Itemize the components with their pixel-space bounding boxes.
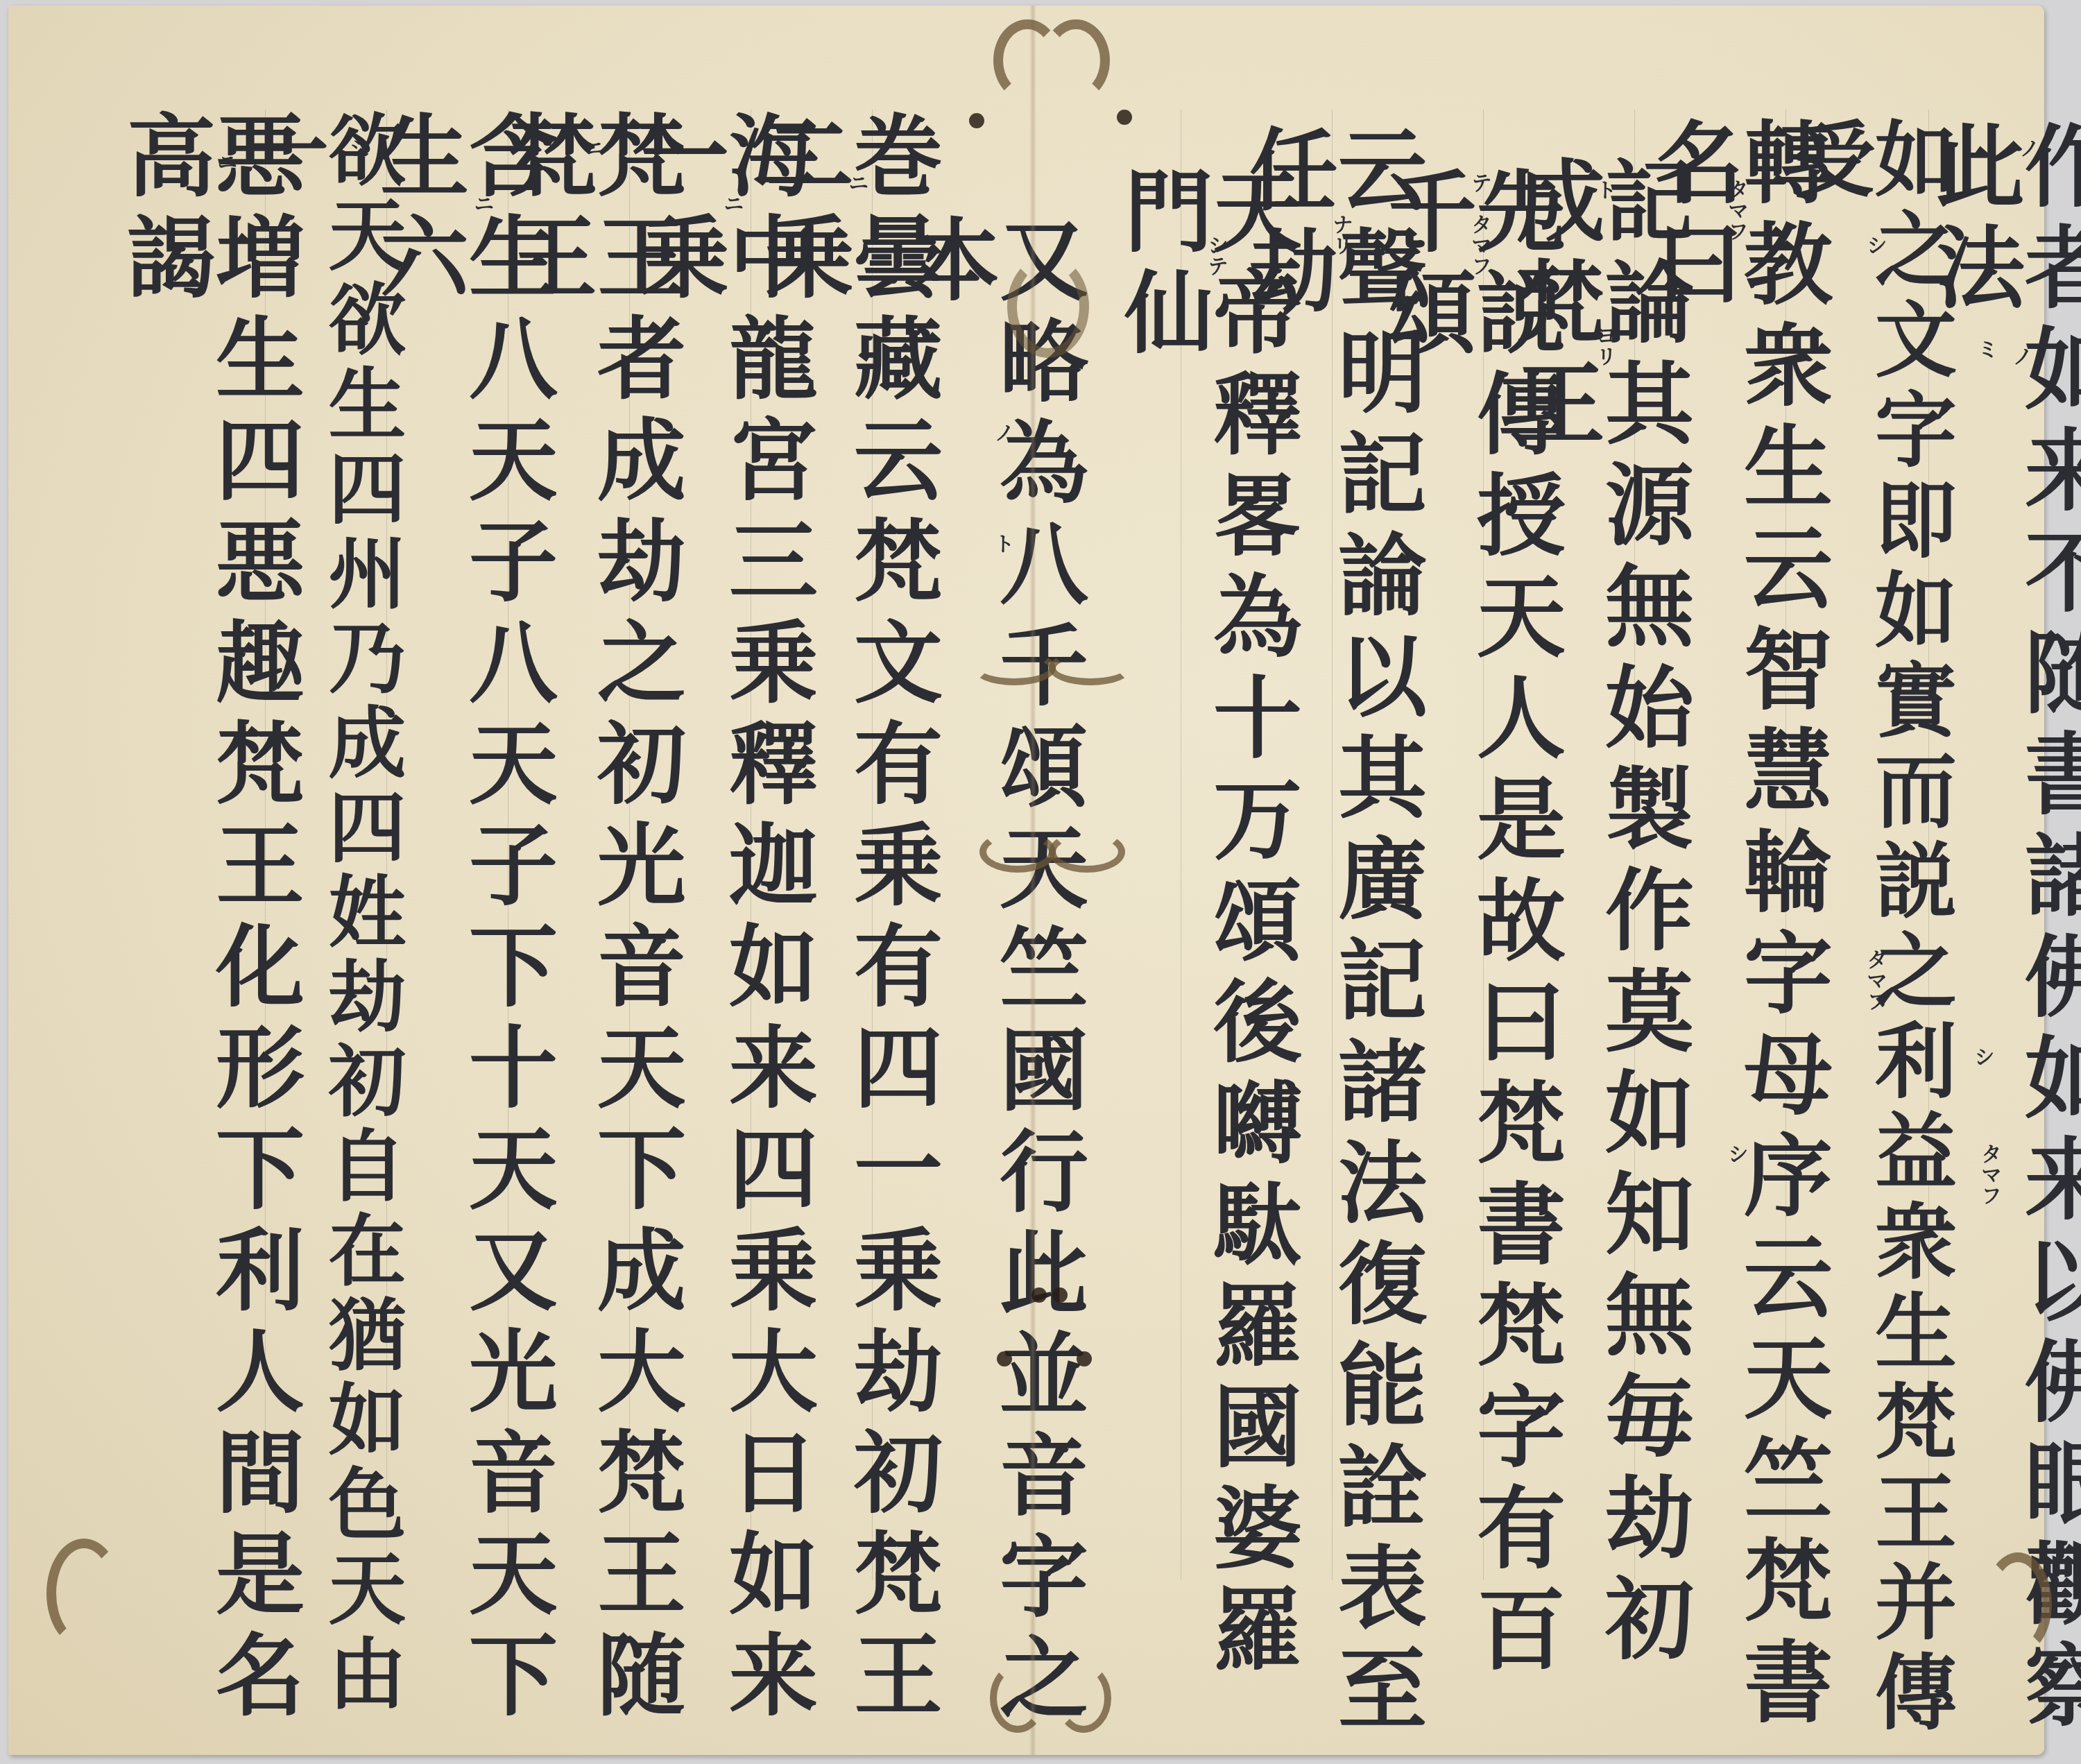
gloss-mark: タマフ	[1859, 949, 1890, 1011]
gloss-mark: シ	[1859, 234, 1890, 255]
gloss-mark: ニ	[716, 193, 746, 214]
right-page: 作者如来不随書諸佛如来以佛眼觀察此法 如之文字即如實而説之利益衆生梵王并傳受 轉…	[1034, 6, 2044, 1755]
gloss-mark: ヨリ	[1588, 325, 1619, 366]
gloss-mark: ノ	[2005, 345, 2035, 366]
gloss-mark: ミ	[1970, 339, 2001, 359]
gloss-mark: ニ	[841, 172, 871, 193]
gloss-mark: ニ	[577, 137, 608, 158]
text-column-7: 悪増生四悪趣梵王化形下利人間是名高謁	[119, 110, 297, 1755]
gloss-mark: ニ	[466, 193, 497, 214]
gloss-mark: タマフ	[1973, 1143, 2004, 1206]
left-page: 又略為八千頌天竺國行此並音字之本 巻曇藏云梵文有乗有四一乗劫初梵王二乗 海中龍宮…	[8, 6, 1034, 1755]
gloss-mark: ナリ	[1325, 214, 1355, 255]
gloss-mark: ノ	[986, 422, 1017, 443]
manuscript-sheet: 又略為八千頌天竺國行此並音字之本 巻曇藏云梵文有乗有四一乗劫初梵王二乗 海中龍宮…	[8, 6, 2044, 1755]
worm-hole	[997, 1351, 1012, 1367]
text-column-7: 天帝釋畧為十万頌後嚩駄羅國婆羅門仙	[1117, 165, 1294, 1755]
corner-stain	[46, 1539, 121, 1648]
gloss-mark: ト	[1588, 179, 1619, 200]
gloss-mark: ニ	[209, 151, 240, 172]
gloss-mark: ノ	[2012, 137, 2042, 158]
gloss-mark: シ	[1967, 1046, 1997, 1067]
corner-stain	[1984, 1552, 2052, 1655]
gloss-mark: シ	[1720, 1143, 1751, 1164]
gloss-mark: テ	[1464, 172, 1494, 193]
worm-hole	[969, 113, 984, 128]
gloss-mark: シ	[341, 137, 372, 158]
gloss-mark: タマフ	[1720, 179, 1751, 241]
gloss-mark: シテ	[1200, 234, 1231, 276]
gloss-mark: タマフ	[1464, 214, 1494, 276]
gloss-mark: ト	[986, 533, 1017, 554]
